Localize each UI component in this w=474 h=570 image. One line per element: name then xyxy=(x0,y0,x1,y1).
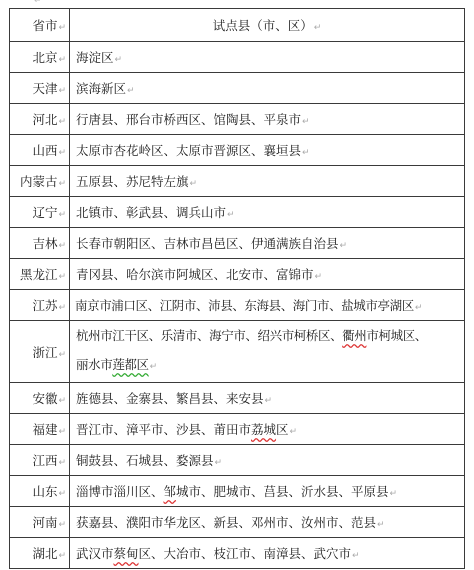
table-row: 黑龙江↵ 青冈县、哈尔滨市阿城区、北安市、富锦市↵ xyxy=(10,259,465,290)
province-cell: 天津↵ xyxy=(10,73,70,104)
table-row: 北京↵ 海淀区↵ xyxy=(10,42,465,73)
province-cell: 浙江↵ xyxy=(10,321,70,383)
province-cell: 黑龙江↵ xyxy=(10,259,70,290)
province-cell: 湖北↵ xyxy=(10,538,70,569)
header-pilot-counties: 试点县（市、区）↵ xyxy=(70,9,465,42)
table-row: 河北↵ 行唐县、邢台市桥西区、馆陶县、平泉市↵ xyxy=(10,104,465,135)
pilots-line-1: 杭州市江干区、乐清市、海宁市、绍兴市柯桥区、衢州市柯城区、 xyxy=(76,321,464,350)
pilots-cell: 淄博市淄川区、邹城市、肥城市、莒县、沂水县、平原县↵ xyxy=(70,476,465,507)
province-cell: 北京↵ xyxy=(10,42,70,73)
province-cell: 江西↵ xyxy=(10,445,70,476)
province-cell: 内蒙古↵ xyxy=(10,166,70,197)
pilots-cell: 北镇市、彰武县、调兵山市↵ xyxy=(70,197,465,228)
spellcheck-flag: 邹 xyxy=(164,484,177,499)
table-row: 山东↵ 淄博市淄川区、邹城市、肥城市、莒县、沂水县、平原县↵ xyxy=(10,476,465,507)
pilots-line-2: 丽水市莲都区↵ xyxy=(76,350,464,382)
pilots-cell: 青冈县、哈尔滨市阿城区、北安市、富锦市↵ xyxy=(70,259,465,290)
spellcheck-flag: 衢州 xyxy=(342,328,366,343)
province-cell: 河南↵ xyxy=(10,507,70,538)
table-header-row: 省市↵ 试点县（市、区）↵ xyxy=(10,9,465,42)
spellcheck-flag: 荔城 xyxy=(251,422,276,437)
province-cell: 河北↵ xyxy=(10,104,70,135)
pilots-cell: 晋江市、漳平市、沙县、莆田市荔城区↵ xyxy=(70,414,465,445)
province-cell: 福建↵ xyxy=(10,414,70,445)
province-cell: 山西↵ xyxy=(10,135,70,166)
pilots-cell: 获嘉县、濮阳市华龙区、新县、邓州市、汝州市、范县↵ xyxy=(70,507,465,538)
table-row: 山西↵ 太原市杏花岭区、太原市晋源区、襄垣县↵ xyxy=(10,135,465,166)
pilots-cell: 海淀区↵ xyxy=(70,42,465,73)
pilots-cell: 长春市朝阳区、吉林市昌邑区、伊通满族自治县↵ xyxy=(70,228,465,259)
pilots-cell: 南京市浦口区、江阴市、沛县、东海县、海门市、盐城市亭湖区↵ xyxy=(70,290,465,321)
grammar-flag: 莲都区 xyxy=(112,357,148,372)
pilots-cell: 旌德县、金寨县、繁昌县、来安县↵ xyxy=(70,383,465,414)
pilots-cell: 行唐县、邢台市桥西区、馆陶县、平泉市↵ xyxy=(70,104,465,135)
pilots-cell: 太原市杏花岭区、太原市晋源区、襄垣县↵ xyxy=(70,135,465,166)
header-province: 省市↵ xyxy=(10,9,70,42)
table-row: 吉林↵ 长春市朝阳区、吉林市昌邑区、伊通满族自治县↵ xyxy=(10,228,465,259)
province-cell: 安徽↵ xyxy=(10,383,70,414)
table-row: 安徽↵ 旌德县、金寨县、繁昌县、来安县↵ xyxy=(10,383,465,414)
province-cell: 江苏↵ xyxy=(10,290,70,321)
province-cell: 山东↵ xyxy=(10,476,70,507)
pilots-cell: 滨海新区↵ xyxy=(70,73,465,104)
table-row: 湖北↵ 武汉市蔡甸区、大冶市、枝江市、南漳县、武穴市↵ xyxy=(10,538,465,569)
pilot-counties-table: 省市↵ 试点县（市、区）↵ 北京↵ 海淀区↵ 天津↵ 滨海新区↵ 河北↵ 行唐县… xyxy=(9,8,465,569)
pilots-cell: 五原县、苏尼特左旗↵ xyxy=(70,166,465,197)
table-row: 辽宁↵ 北镇市、彰武县、调兵山市↵ xyxy=(10,197,465,228)
table-row: 内蒙古↵ 五原县、苏尼特左旗↵ xyxy=(10,166,465,197)
table-row: 江苏↵ 南京市浦口区、江阴市、沛县、东海县、海门市、盐城市亭湖区↵ xyxy=(10,290,465,321)
spellcheck-flag: 蔡甸 xyxy=(114,546,139,561)
pilots-cell: 杭州市江干区、乐清市、海宁市、绍兴市柯桥区、衢州市柯城区、 丽水市莲都区↵ xyxy=(70,321,465,383)
table-row: 浙江↵ 杭州市江干区、乐清市、海宁市、绍兴市柯桥区、衢州市柯城区、 丽水市莲都区… xyxy=(10,321,465,383)
table-row: 江西↵ 铜鼓县、石城县、婺源县↵ xyxy=(10,445,465,476)
table-row: 天津↵ 滨海新区↵ xyxy=(10,73,465,104)
pilots-cell: 铜鼓县、石城县、婺源县↵ xyxy=(70,445,465,476)
paragraph-mark: ↵ xyxy=(34,0,42,6)
province-cell: 吉林↵ xyxy=(10,228,70,259)
pilots-cell: 武汉市蔡甸区、大冶市、枝江市、南漳县、武穴市↵ xyxy=(70,538,465,569)
table-row: 福建↵ 晋江市、漳平市、沙县、莆田市荔城区↵ xyxy=(10,414,465,445)
province-cell: 辽宁↵ xyxy=(10,197,70,228)
table-row: 河南↵ 获嘉县、濮阳市华龙区、新县、邓州市、汝州市、范县↵ xyxy=(10,507,465,538)
